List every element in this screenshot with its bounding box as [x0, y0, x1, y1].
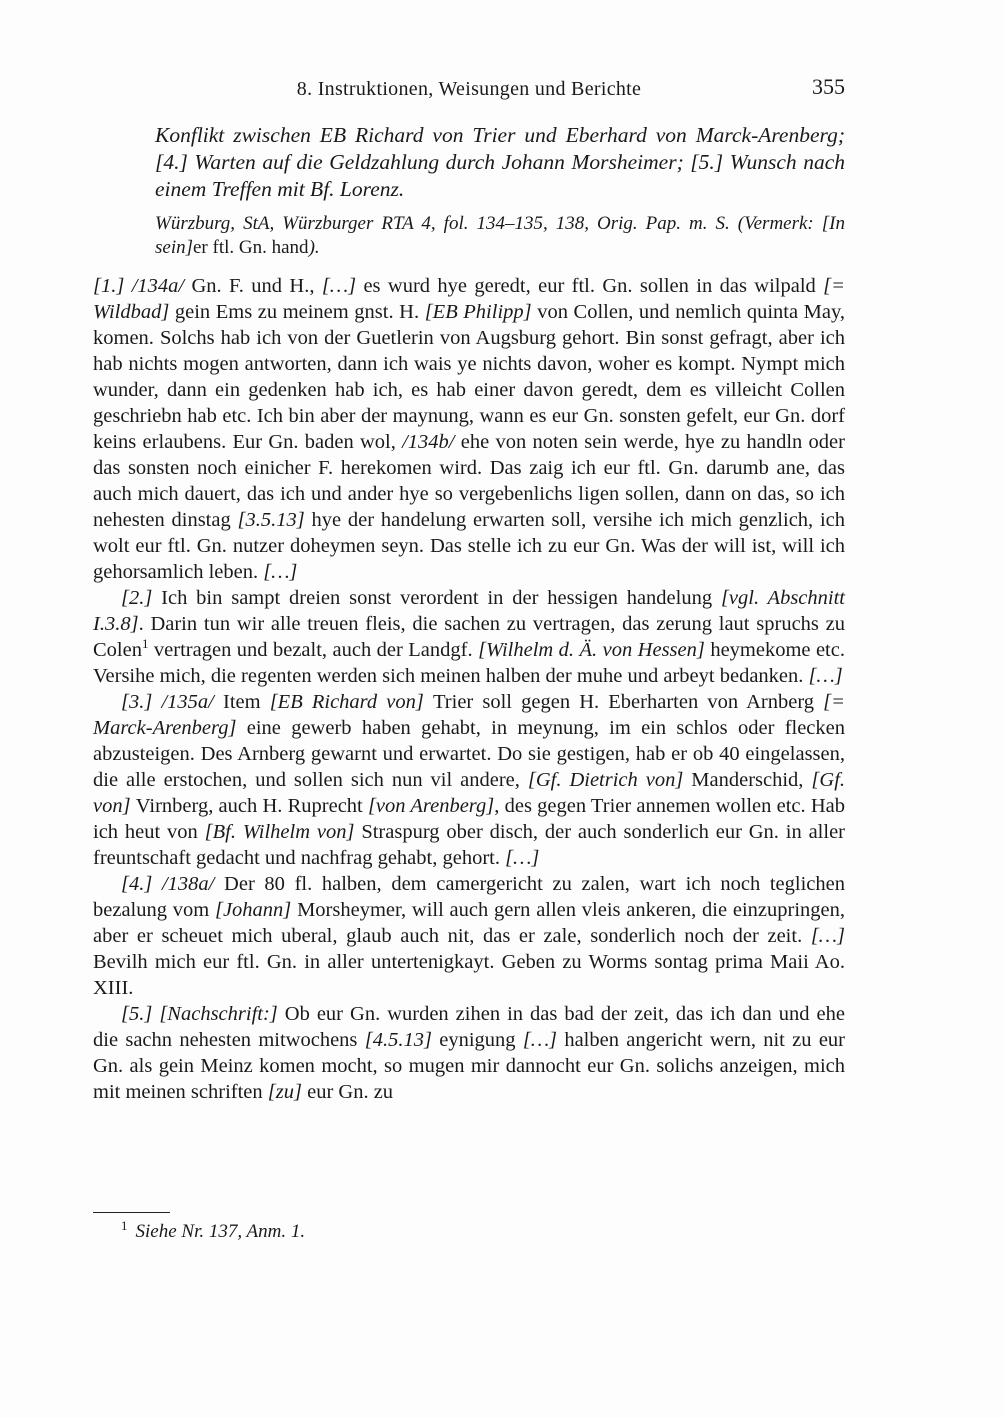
text-segment: [2.] — [121, 587, 161, 609]
text-segment: ). — [309, 237, 320, 258]
text-segment: [4.5.13] — [365, 1029, 440, 1051]
text-segment: [von Arenberg] — [368, 795, 494, 817]
book-page: 8. Instruktionen, Weisungen und Berichte… — [0, 0, 1004, 1418]
text-segment: [5.] [Nachschrift:] — [121, 1003, 285, 1025]
body-paragraph: [3.] /135a/ Item [EB Richard von] Trier … — [93, 689, 845, 871]
document-body: [1.] /134a/ Gn. F. und H., […] es wurd h… — [93, 273, 845, 1105]
text-segment: Trier soll gegen H. Eberharten von Arnbe… — [433, 691, 823, 713]
text-segment: er ftl. Gn. hand — [193, 237, 309, 258]
text-segment: gein Ems zu meinem gnst. H. — [175, 301, 425, 323]
text-segment: […] — [505, 847, 539, 869]
text-segment: es wurd hye geredt, eur ftl. Gn. sollen … — [363, 275, 823, 297]
text-segment: [EB Philipp] — [425, 301, 538, 323]
text-segment: Ich bin sampt dreien sonst verordent in … — [161, 587, 721, 609]
text-segment: Manderschid, — [691, 769, 811, 791]
source-citation: Würzburg, StA, Würzburger RTA 4, fol. 13… — [155, 212, 845, 260]
body-paragraph: [2.] Ich bin sampt dreien sonst verorden… — [93, 585, 845, 689]
footnote: 1Siehe Nr. 137, Anm. 1. — [93, 1220, 845, 1244]
text-segment: […] — [523, 1029, 564, 1051]
page-header: 8. Instruktionen, Weisungen und Berichte… — [93, 76, 845, 106]
text-segment: eur Gn. zu — [307, 1081, 393, 1103]
text-segment: [Johann] — [215, 899, 297, 921]
text-segment: [3.5.13] — [238, 509, 312, 531]
text-segment: [Bf. Wilhelm von] — [205, 821, 362, 843]
footnote-area: 1Siehe Nr. 137, Anm. 1. — [93, 1212, 845, 1244]
footnote-rule — [93, 1212, 170, 1213]
body-paragraph: [5.] [Nachschrift:] Ob eur Gn. wurden zi… — [93, 1001, 845, 1105]
text-segment: [zu] — [268, 1081, 307, 1103]
text-segment: [4.] /138a/ — [121, 873, 224, 895]
text-segment: /134b/ — [402, 431, 461, 453]
text-segment: [EB Richard von] — [270, 691, 433, 713]
text-segment: Gn. F. und H., — [191, 275, 321, 297]
footnote-text: Siehe Nr. 137, Anm. 1. — [136, 1221, 306, 1242]
text-segment: Item — [223, 691, 270, 713]
text-segment: [Gf. Dietrich von] — [528, 769, 691, 791]
regest-heading: Konflikt zwischen EB Richard von Trier u… — [155, 122, 845, 203]
page-number: 355 — [812, 74, 845, 100]
text-segment: […] — [811, 925, 845, 947]
text-segment: […] — [263, 561, 297, 583]
body-paragraph: [1.] /134a/ Gn. F. und H., […] es wurd h… — [93, 273, 845, 585]
text-segment: […] — [809, 665, 843, 687]
running-head: 8. Instruktionen, Weisungen und Berichte — [93, 76, 845, 102]
text-segment: [3.] /135a/ — [121, 691, 223, 713]
footnote-marker: 1 — [121, 1218, 128, 1233]
text-segment: [Wilhelm d. Ä. von Hessen] — [478, 639, 710, 661]
body-paragraph: [4.] /138a/ Der 80 fl. halben, dem camer… — [93, 871, 845, 1001]
text-segment: Bevilh mich eur ftl. Gn. in aller untert… — [93, 951, 845, 999]
text-segment: […] — [322, 275, 364, 297]
text-segment: [1.] /134a/ — [93, 275, 191, 297]
text-segment: vertragen und bezalt, auch der Landgf. — [148, 639, 478, 661]
text-segment: Virnberg, auch H. Ruprecht — [136, 795, 368, 817]
text-segment: eynigung — [439, 1029, 523, 1051]
